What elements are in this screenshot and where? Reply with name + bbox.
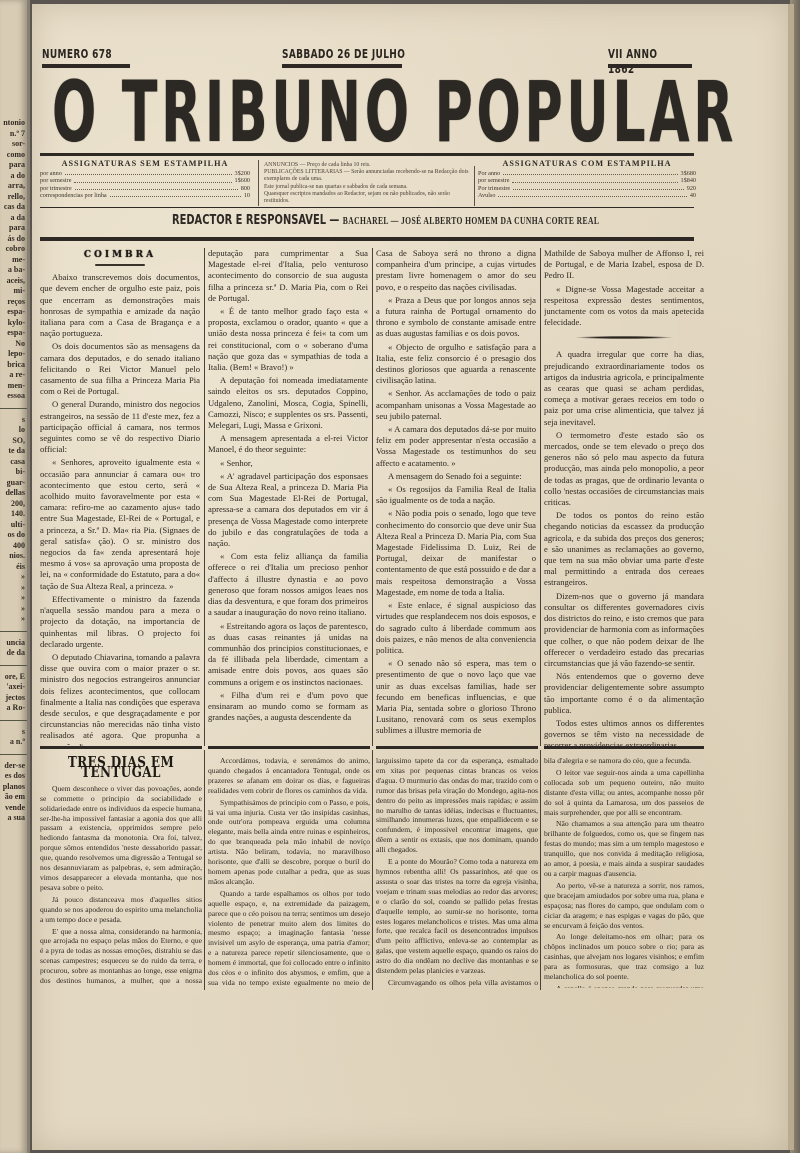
column-rule: [540, 248, 541, 746]
margin-text-fragment: a re-: [0, 370, 27, 381]
feuilleton-rule: [40, 746, 202, 749]
paragraph: A deputação foi nomeada imediatamente sa…: [208, 375, 368, 431]
subs-price: 40: [690, 192, 696, 199]
paragraph: « Filha d'um rei e d'um povo que ensinar…: [208, 690, 368, 724]
subs-row: por trimestre800: [40, 185, 250, 192]
paragraph: « A' agradavel participação dos esponsae…: [208, 471, 368, 549]
margin-text-fragment: planos: [0, 782, 27, 793]
subs-label: por trimestre: [40, 185, 72, 192]
margin-text-fragment: a n.º: [0, 737, 27, 748]
subscriptions-without-stamp: ASSIGNATURAS SEM ESTAMPILHA por anno3$20…: [40, 160, 250, 199]
column-1-coimbra: COIMBRA Abaixo transcrevemos dois docume…: [40, 248, 200, 748]
margin-text-fragment: brica: [0, 360, 27, 371]
subs-price: 10: [244, 192, 250, 199]
subs-label: Por anno: [478, 170, 500, 177]
subs-price: 1$840: [681, 177, 696, 184]
margin-text-fragment: casa: [0, 457, 27, 468]
paragraph: Ao longe deleitamo-nos em olhar; para os…: [544, 932, 704, 982]
margin-text-fragment: guar-: [0, 478, 27, 489]
paragraph: Quem desconhece o viver das povoações, a…: [40, 784, 202, 893]
margin-text-fragment: s: [0, 727, 27, 738]
paragraph: larguissimo tapete da cor da esperança, …: [376, 756, 538, 855]
margin-text-fragment: ntonio: [0, 118, 27, 129]
margin-text-fragment: ás do: [0, 234, 27, 245]
paragraph: « Senhores, aproveito igualmente esta « …: [40, 457, 200, 591]
paragraph: Ao perto, vê-se a natureza a sorrir, nos…: [544, 881, 704, 931]
margin-text-fragment: 140.: [0, 509, 27, 520]
paragraph: Nós entendemos que o governo deve provid…: [544, 671, 704, 716]
paragraph: « Estreitando agora os laços de parentes…: [208, 621, 368, 688]
feuilleton-rule: [376, 746, 538, 749]
paragraph: « Com esta feliz alliança da familia off…: [208, 551, 368, 618]
subs-row: Avulso40: [478, 192, 696, 199]
paragraph: Circumvagando os olhos pela villa avista…: [376, 978, 538, 988]
margin-text-fragment: No: [0, 339, 27, 350]
announcements-box: ANNUNCIOS — Preço de cada linha 10 reis.…: [264, 162, 472, 205]
paragraph: « Praza a Deus que por longos annos seja…: [376, 295, 536, 340]
margin-text-fragment: para: [0, 223, 27, 234]
subs-label: por semestre: [40, 177, 71, 184]
margin-text-fragment: mi-: [0, 286, 27, 297]
subs-bottom-rule: [40, 207, 694, 208]
paragraph: A mensagem do Senado foi a seguinte:: [376, 471, 536, 482]
editor-label: REDACTOR E RESPONSAVEL —: [172, 213, 339, 228]
feuilleton-rule: [544, 746, 704, 749]
announcement-line: Quaesquer escriptos mandados ao Redactor…: [264, 191, 472, 205]
margin-text-fragment: n.º 7: [0, 129, 27, 140]
paragraph: « Senhor. As acclamações de todo o paiz …: [376, 388, 536, 422]
subs-row: por semestre1$600: [40, 177, 250, 184]
subs-price: 1$600: [235, 177, 250, 184]
paragraph: « O senado não só espera, mas tem o pres…: [376, 658, 536, 736]
margin-text-fragment: a da: [0, 213, 27, 224]
margin-text-fragment: »: [0, 614, 27, 625]
subs-row: Por anno3$680: [478, 170, 696, 177]
margin-text-fragment: a do: [0, 171, 27, 182]
subs-heading: ASSIGNATURAS COM ESTAMPILHA: [478, 160, 696, 167]
subs-row: por anno3$200: [40, 170, 250, 177]
paragraph: A capella é apenas grande para resguarda…: [544, 984, 704, 988]
margin-text-fragment: »: [0, 604, 27, 615]
paragraph: A mensagem apresentada a el-rei Victor M…: [208, 433, 368, 455]
masthead-rule: [40, 153, 694, 156]
column-4-coimbra-crisis: Mathilde de Saboya mulher de Affonso I, …: [544, 248, 704, 748]
paragraph: Sympathisámos de principio com o Passo, …: [208, 798, 370, 887]
margin-text-fragment: te da: [0, 446, 27, 457]
margin-text-fragment: 'axei-: [0, 682, 27, 693]
margin-text-fragment: de da: [0, 648, 27, 659]
margin-text-fragment: a sua: [0, 813, 27, 824]
margin-text-fragment: aceis,: [0, 276, 27, 287]
margin-text-fragment: der-se: [0, 761, 27, 772]
paragraph: Accordámos, todavia, e serenámos do anim…: [208, 756, 370, 796]
margin-text-fragment: SO,: [0, 436, 27, 447]
margin-text-fragment: men-: [0, 381, 27, 392]
paragraph: O leitor vae seguir-nos ainda a uma cape…: [544, 768, 704, 818]
margin-text-fragment: es dos: [0, 771, 27, 782]
paragraph: Casa de Saboya será no throno a digna co…: [376, 248, 536, 293]
margin-text-fragment: éis: [0, 562, 27, 573]
margin-text-fragment: ulti-: [0, 520, 27, 531]
section-heading-coimbra: COIMBRA: [40, 250, 200, 261]
subs-row: Por trimestre920: [478, 185, 696, 192]
margin-text-fragment: »: [0, 572, 27, 583]
margin-rule: [0, 720, 27, 721]
margin-text-fragment: rello,: [0, 192, 27, 203]
subs-label: correspondencias por linha: [40, 192, 107, 199]
column-2-coimbra: deputação para cumprimentar a Sua Magest…: [208, 248, 368, 748]
margin-text-fragment: a Ro-: [0, 703, 27, 714]
paragraph: « Os regosijos da Familia Real de Italia…: [376, 484, 536, 506]
column-2-tentugal: Accordámos, todavia, e serenámos do anim…: [208, 756, 370, 988]
column-3-tentugal: larguissimo tapete da cor da esperança, …: [376, 756, 538, 988]
paragraph: A quadra irregular que corre ha dias, pr…: [544, 349, 704, 427]
header-bottom-rule: [40, 237, 694, 241]
margin-text-fragment: reços: [0, 297, 27, 308]
ornament-rule: [95, 264, 145, 266]
column-3-coimbra: Casa de Saboya será no throno a digna co…: [376, 248, 536, 748]
paragraph: « A camara dos deputados dá-se por muito…: [376, 424, 536, 469]
paragraph: Abaixo transcrevemos dois documentos, qu…: [40, 272, 200, 339]
margin-text-fragment: bi-: [0, 467, 27, 478]
subs-label: por anno: [40, 170, 62, 177]
margin-text-fragment: dellas: [0, 488, 27, 499]
issue-number: NUMERO 678: [42, 46, 112, 61]
margin-text-fragment: kylo-: [0, 318, 27, 329]
subs-row: por semestre1$840: [478, 177, 696, 184]
paragraph: bila d'alegria e se namora do céo, que a…: [544, 756, 704, 766]
article-separator: [574, 336, 674, 339]
adjacent-page-strip: ntonion.º 7sor-comoparaa doarra,rello,ca…: [0, 0, 30, 1153]
margin-text-fragment: lo: [0, 425, 27, 436]
margin-text-fragment: vende: [0, 803, 27, 814]
paragraph: Já pouco distanceava mos d'aquelles siti…: [40, 895, 202, 925]
subs-price: 920: [687, 185, 696, 192]
announcement-line: PUBLICAÇÕES LITTERARIAS — Serão annuncia…: [264, 169, 472, 183]
margin-text-fragment: me-: [0, 255, 27, 266]
margin-text-fragment: lepo-: [0, 349, 27, 360]
margin-text-fragment: s: [0, 415, 27, 426]
margin-text-fragment: 200,: [0, 499, 27, 510]
editor-line: REDACTOR E RESPONSAVEL — BACHAREL — JOSÉ…: [172, 213, 599, 228]
issue-date: SABBADO 26 DE JULHO: [282, 46, 405, 61]
paragraph: « Este enlace, é signal auspicioso das v…: [376, 600, 536, 656]
margin-text-fragment: espa-: [0, 328, 27, 339]
subs-price: 3$200: [235, 170, 250, 177]
editor-name: BACHAREL — JOSÉ ALBERTO HOMEM DA CUNHA C…: [343, 216, 600, 227]
paragraph: « Digne-se Vossa Magestade acceitar a re…: [544, 284, 704, 329]
subs-label: por semestre: [478, 177, 509, 184]
feature-heading-tentugal: TRES DIAS EM TENTUGAL: [56, 758, 186, 778]
paragraph: Dizem-nos que o governo já mandara consu…: [544, 591, 704, 669]
margin-text-fragment: nios.: [0, 551, 27, 562]
margin-text-fragment: cobro: [0, 244, 27, 255]
newspaper-page: NUMERO 678 SABBADO 26 DE JULHO VII ANNO …: [32, 4, 794, 1150]
margin-text-fragment: espa-: [0, 307, 27, 318]
subscriptions-with-stamp: ASSIGNATURAS COM ESTAMPILHA Por anno3$68…: [478, 160, 696, 199]
column-rule: [372, 750, 373, 990]
column-rule: [204, 750, 205, 990]
subs-heading: ASSIGNATURAS SEM ESTAMPILHA: [40, 160, 250, 167]
paragraph: Não chamamos a sua attenção para um thea…: [544, 819, 704, 878]
paragraph: « É de tanto melhor grado faço esta « pr…: [208, 306, 368, 373]
margin-text-fragment: uncia: [0, 638, 27, 649]
margin-rule: [0, 408, 27, 409]
column-1-tentugal: TRES DIAS EM TENTUGAL Quem desconhece o …: [40, 754, 202, 986]
paragraph: O general Durando, ministro dos negocios…: [40, 399, 200, 455]
margin-rule: [0, 754, 27, 755]
margin-text-fragment: os do: [0, 530, 27, 541]
margin-text-fragment: ore, E: [0, 672, 27, 683]
margin-text-fragment: essoa: [0, 391, 27, 402]
paragraph: deputação para cumprimentar a Sua Magest…: [208, 248, 368, 304]
margin-text-fragment: »: [0, 593, 27, 604]
column-rule: [372, 248, 373, 746]
paragraph: Todos estes ultimos annos os differentes…: [544, 718, 704, 748]
announcement-line: Este jornal publica-se nas quartas e sab…: [264, 184, 472, 191]
margin-text-fragment: sor-: [0, 139, 27, 150]
paragraph: Quando a tarde espalhamos os olhos por t…: [208, 889, 370, 988]
subs-label: Avulso: [478, 192, 495, 199]
margin-text-fragment: jectos: [0, 693, 27, 704]
column-rule: [540, 750, 541, 990]
subs-label: Por trimestre: [478, 185, 510, 192]
margin-text-fragment: cas da: [0, 202, 27, 213]
subs-row: correspondencias por linha10: [40, 192, 250, 199]
column-divider: [474, 166, 475, 206]
paragraph: Os dois documentos são as mensagens da c…: [40, 341, 200, 397]
feuilleton-rule: [208, 746, 370, 749]
paragraph: E a ponte do Mourão? Como toda a naturez…: [376, 857, 538, 976]
margin-text-fragment: como: [0, 150, 27, 161]
paragraph: Mathilde de Saboya mulher de Affonso I, …: [544, 248, 704, 282]
margin-text-fragment: »: [0, 583, 27, 594]
column-divider: [258, 160, 259, 206]
paragraph: Effectivamente o ministro da fazenda n'a…: [40, 594, 200, 650]
column-rule: [204, 248, 205, 746]
paragraph: « Objecto de orgulho e satisfação para a…: [376, 342, 536, 387]
margin-text-fragment: 400: [0, 541, 27, 552]
column-4-tentugal: bila d'alegria e se namora do céo, que a…: [544, 756, 704, 988]
paragraph: E' que a nossa alma, considerando na har…: [40, 927, 202, 987]
margin-rule: [0, 631, 27, 632]
margin-text-fragment: arra,: [0, 181, 27, 192]
subs-price: 3$680: [681, 170, 696, 177]
subs-price: 800: [241, 185, 250, 192]
margin-text-fragment: para: [0, 160, 27, 171]
margin-text-fragment: a ba-: [0, 265, 27, 276]
newspaper-title: O TRIBUNO POPULAR: [52, 72, 449, 152]
margin-text-fragment: ão em: [0, 792, 27, 803]
paragraph: « Não podia pois o senado, logo que teve…: [376, 508, 536, 598]
paragraph: O termometro d'este estado são os mercad…: [544, 430, 704, 508]
margin-rule: [0, 665, 27, 666]
paragraph: O deputado Chiavarina, tomando a palavra…: [40, 652, 200, 748]
paragraph: « Senhor,: [208, 458, 368, 469]
paragraph: De todos os pontos do reino estão chegan…: [544, 510, 704, 588]
